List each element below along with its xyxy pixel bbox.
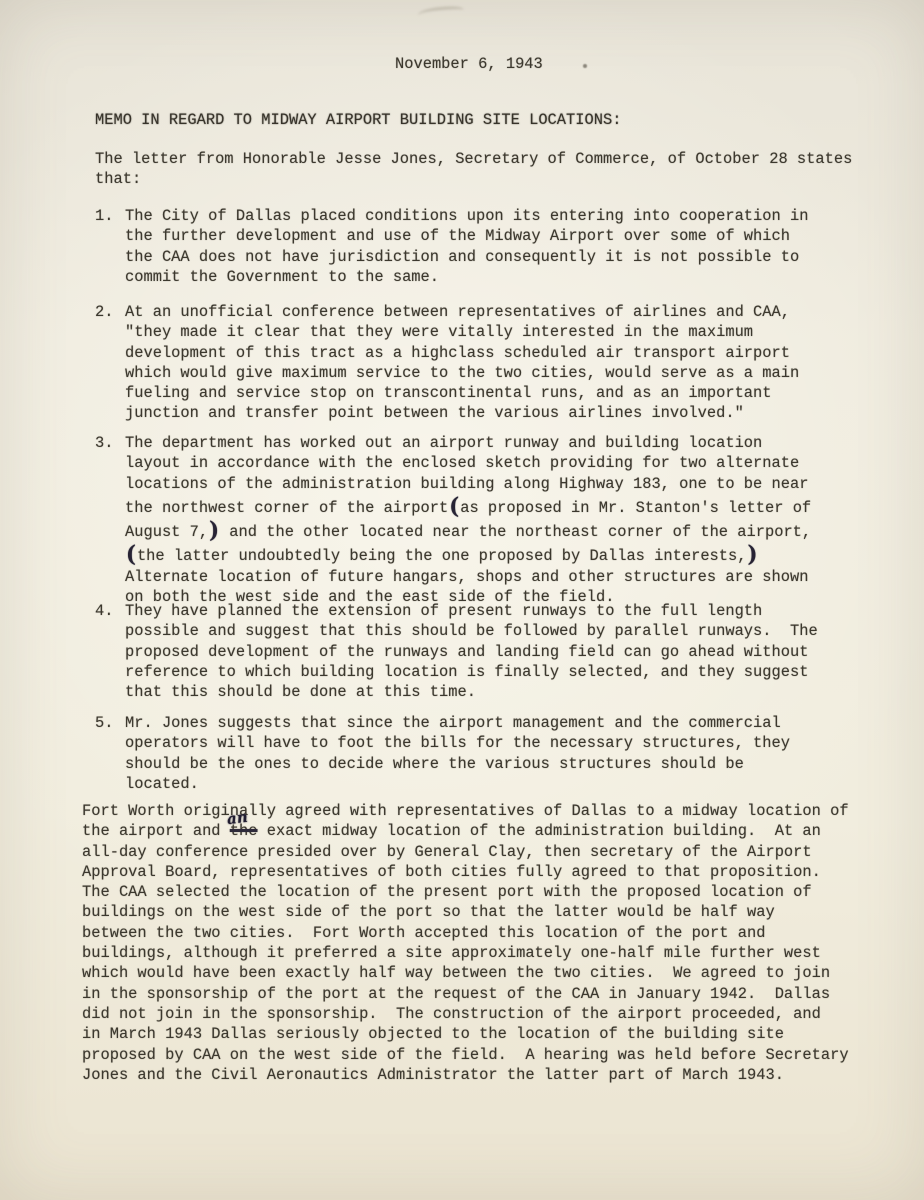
pencil-smudge	[418, 5, 465, 20]
memo-heading: MEMO IN REGARD TO MIDWAY AIRPORT BUILDIN…	[95, 110, 621, 130]
item-number: 2.	[95, 302, 125, 424]
typed-text: the northwest corner of the airport	[125, 499, 448, 517]
handwritten-paren-open: (	[449, 494, 459, 517]
typed-text: as proposed in Mr. Stanton's letter of	[460, 499, 811, 517]
typed-text: August 7,	[125, 523, 208, 541]
memo-item-1: 1. The City of Dallas placed conditions …	[95, 206, 808, 287]
item-number: 4.	[95, 601, 125, 702]
memo-item-5: 5. Mr. Jones suggests that since the air…	[95, 713, 790, 794]
item-text-line: August 7,) and the other located near th…	[125, 518, 811, 542]
item-text: At an unofficial conference between repr…	[125, 302, 799, 424]
closing-line-with-correction: the airport and anthe exact midway locat…	[82, 821, 849, 841]
item-text: The department has worked out an airport…	[125, 433, 811, 607]
memo-item-4: 4. They have planned the extension of pr…	[95, 601, 818, 702]
item-text: The City of Dallas placed conditions upo…	[125, 206, 808, 287]
typed-text: exact midway location of the administrat…	[258, 822, 821, 840]
item-number: 3.	[95, 433, 125, 607]
ink-speck	[583, 64, 587, 68]
closing-paragraph: Fort Worth originally agreed with repres…	[82, 801, 849, 1085]
closing-line: Fort Worth originally agreed with repres…	[82, 801, 849, 821]
handwritten-paren-close: )	[748, 543, 758, 566]
item-number: 1.	[95, 206, 125, 287]
struck-word: anthe	[230, 821, 258, 841]
item-text-lines: The department has worked out an airport…	[125, 433, 811, 494]
memo-page: November 6, 1943 MEMO IN REGARD TO MIDWA…	[0, 0, 924, 1200]
item-text: Mr. Jones suggests that since the airpor…	[125, 713, 790, 794]
memo-date: November 6, 1943	[395, 54, 543, 74]
typed-text: the latter undoubtedly being the one pro…	[137, 547, 747, 565]
handwritten-paren-open: (	[126, 543, 136, 566]
typed-text: and the other located near the northeast…	[220, 523, 811, 541]
item-text-line: the northwest corner of the airport(as p…	[125, 494, 811, 518]
typed-text: the airport and	[82, 822, 230, 840]
memo-intro: The letter from Honorable Jesse Jones, S…	[95, 149, 852, 190]
handwritten-paren-close: )	[209, 518, 219, 541]
memo-item-2: 2. At an unofficial conference between r…	[95, 302, 799, 424]
memo-item-3: 3. The department has worked out an airp…	[95, 433, 811, 607]
item-text-line: (the latter undoubtedly being the one pr…	[125, 542, 811, 566]
closing-lines: all-day conference presided over by Gene…	[82, 842, 849, 1086]
item-text: They have planned the extension of prese…	[125, 601, 818, 702]
item-number: 5.	[95, 713, 125, 794]
handwritten-correction: an	[226, 807, 249, 830]
